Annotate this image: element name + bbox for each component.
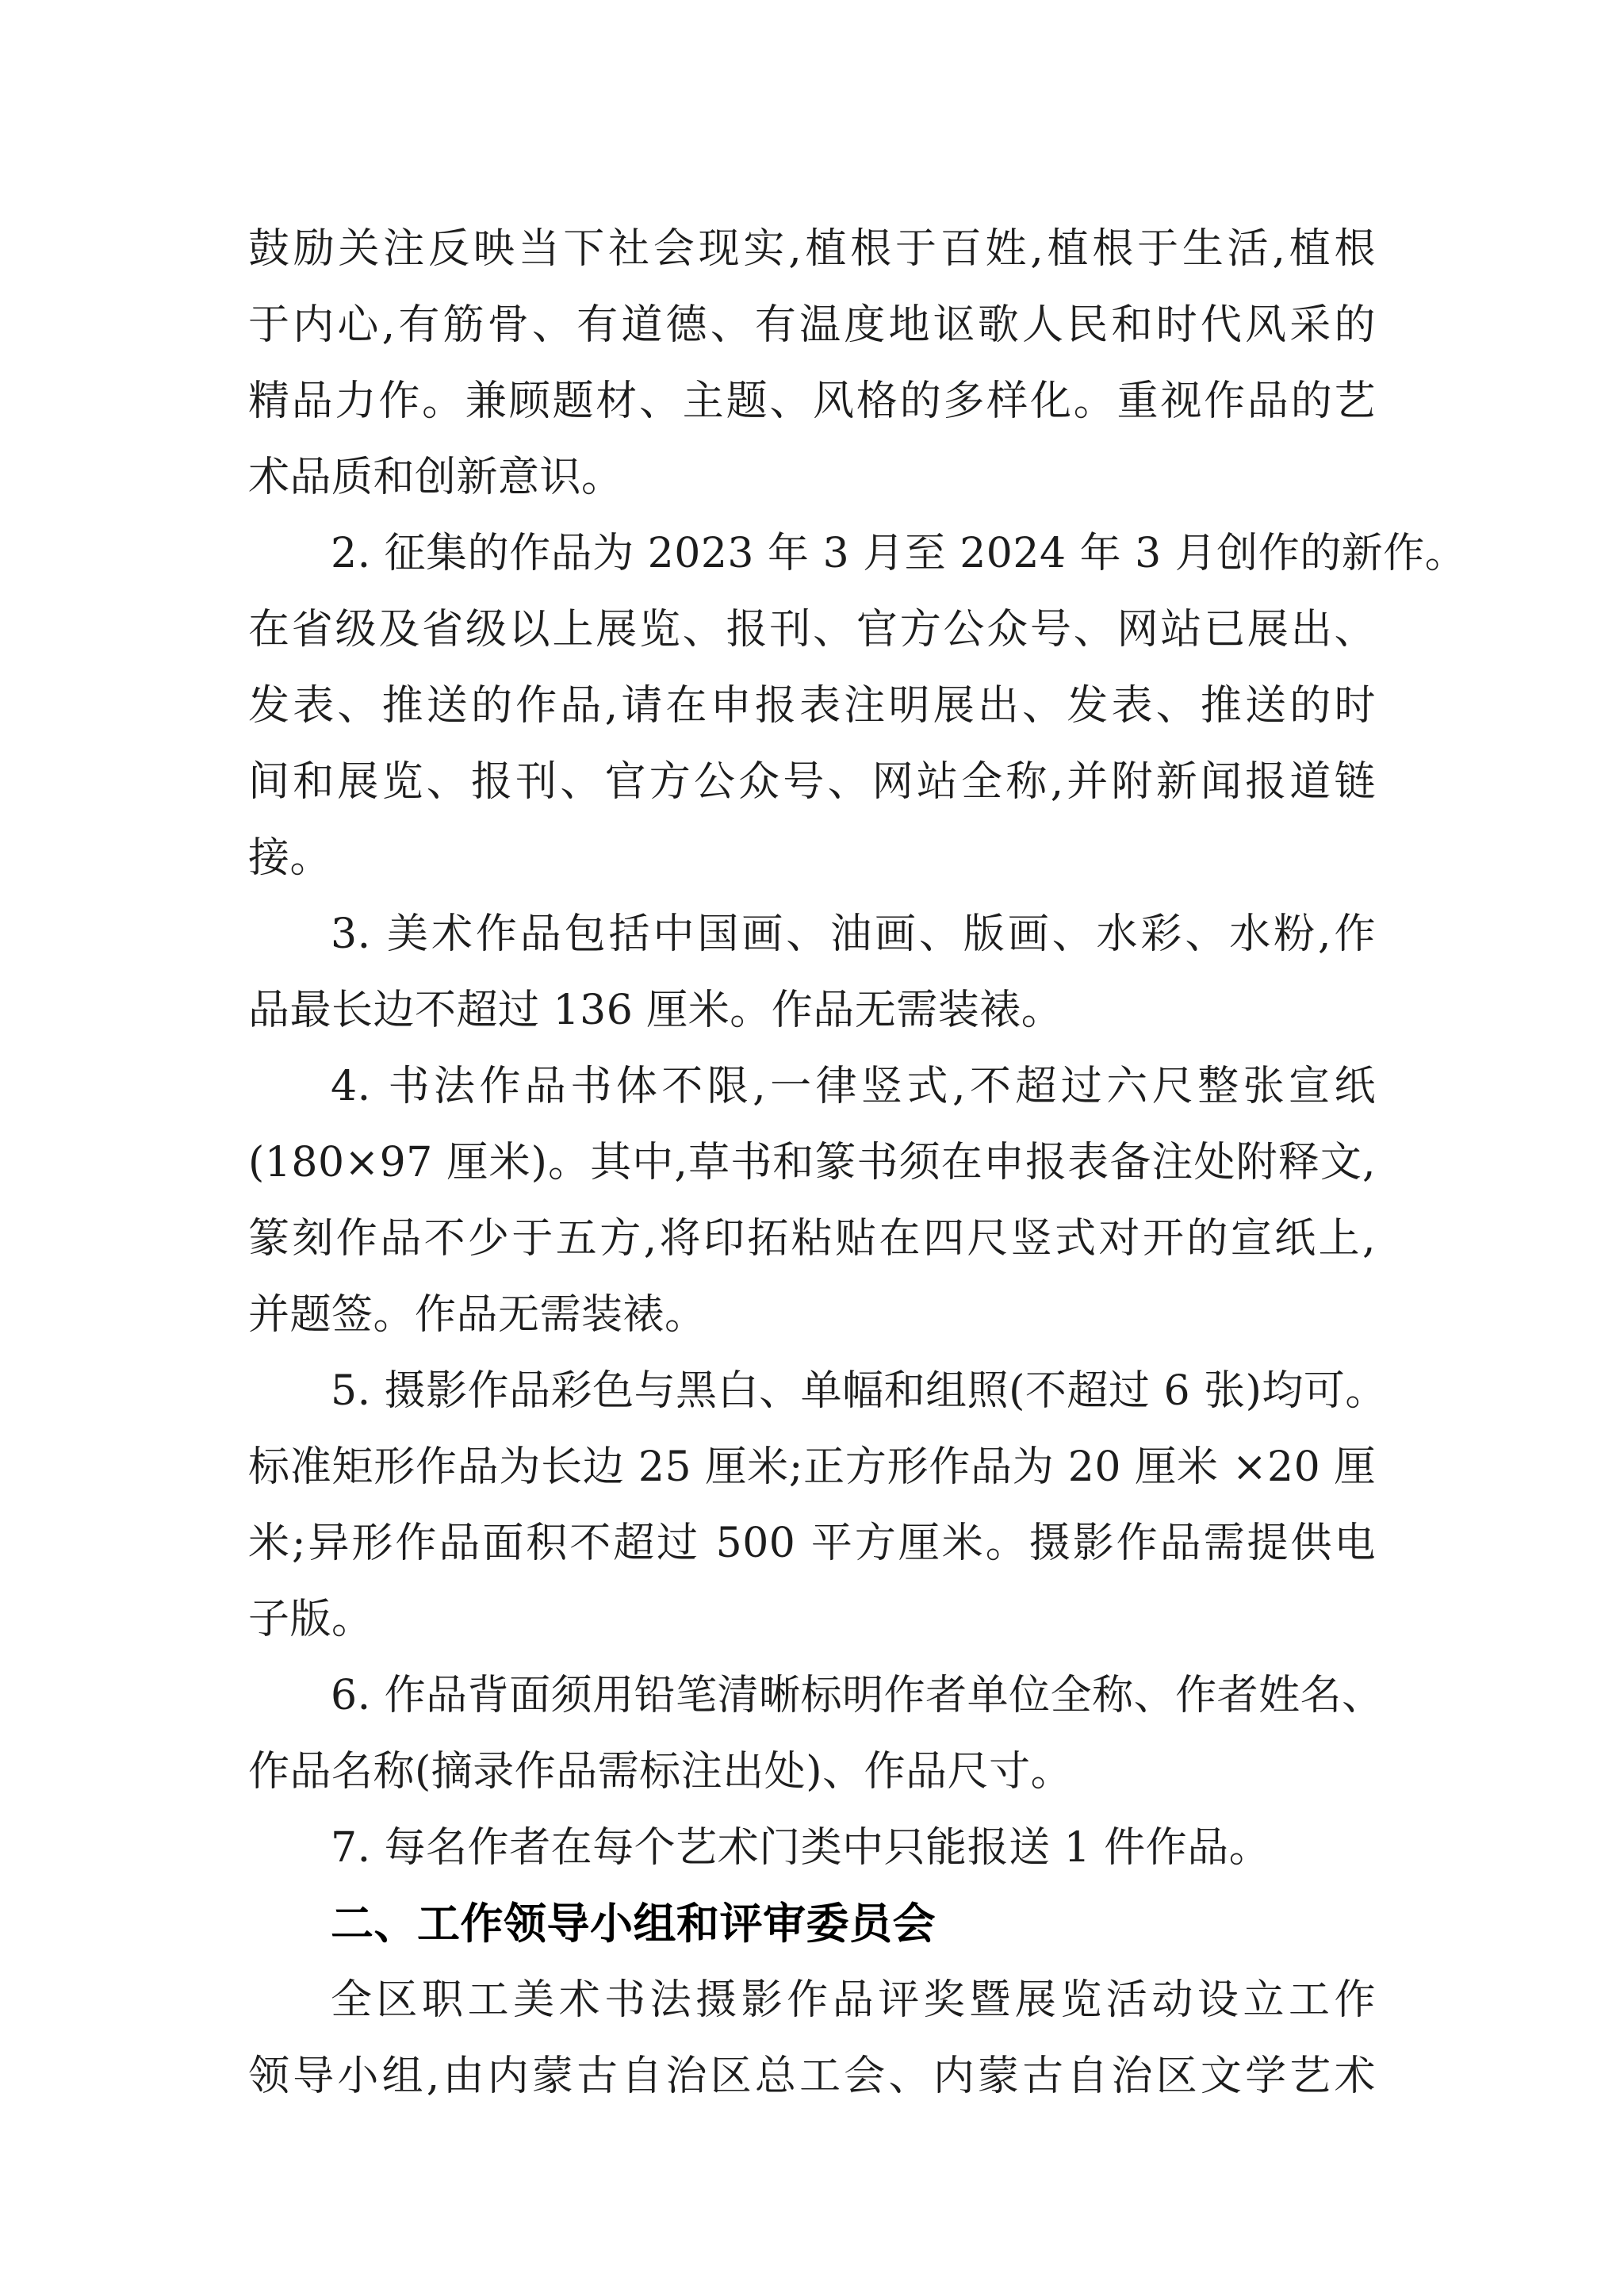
paragraph-line: 领导小组,由内蒙古自治区总工会、内蒙古自治区文学艺术 <box>248 2038 1376 2114</box>
paragraph-line: 在省级及省级以上展览、报刊、官方公众号、网站已展出、 <box>248 592 1376 668</box>
paragraph-line: 鼓励关注反映当下社会现实,植根于百姓,植根于生活,植根 <box>248 211 1376 287</box>
paragraph-line: 子版。 <box>248 1581 1376 1658</box>
document-body: 鼓励关注反映当下社会现实,植根于百姓,植根于生活,植根于内心,有筋骨、有道德、有… <box>248 211 1376 2114</box>
document-page: 鼓励关注反映当下社会现实,植根于百姓,植根于生活,植根于内心,有筋骨、有道德、有… <box>0 0 1624 2296</box>
paragraph-line: 并题签。作品无需装裱。 <box>248 1277 1376 1353</box>
paragraph-line: 篆刻作品不少于五方,将印拓粘贴在四尺竖式对开的宣纸上, <box>248 1201 1376 1277</box>
paragraph-line: 标准矩形作品为长边 25 厘米;正方形作品为 20 厘米 ×20 厘 <box>248 1429 1376 1505</box>
paragraph-line: 米;异形作品面积不超过 500 平方厘米。摄影作品需提供电 <box>248 1505 1376 1581</box>
paragraph-line: 作品名称(摘录作品需标注出处)、作品尺寸。 <box>248 1734 1376 1810</box>
section-heading: 二、工作领导小组和评审委员会 <box>248 1886 1376 1962</box>
paragraph-line: 2. 征集的作品为 2023 年 3 月至 2024 年 3 月创作的新作。 <box>248 516 1376 592</box>
paragraph-line: 接。 <box>248 820 1376 896</box>
paragraph-line: 4. 书法作品书体不限,一律竖式,不超过六尺整张宣纸 <box>248 1048 1376 1125</box>
paragraph-line: (180×97 厘米)。其中,草书和篆书须在申报表备注处附释文, <box>248 1125 1376 1201</box>
paragraph-line: 发表、推送的作品,请在申报表注明展出、发表、推送的时 <box>248 668 1376 744</box>
paragraph-line: 7. 每名作者在每个艺术门类中只能报送 1 件作品。 <box>248 1810 1376 1886</box>
paragraph-line: 术品质和创新意识。 <box>248 439 1376 516</box>
paragraph-line: 6. 作品背面须用铅笔清晰标明作者单位全称、作者姓名、 <box>248 1658 1376 1734</box>
paragraph-line: 3. 美术作品包括中国画、油画、版画、水彩、水粉,作 <box>248 896 1376 972</box>
paragraph-line: 5. 摄影作品彩色与黑白、单幅和组照(不超过 6 张)均可。 <box>248 1353 1376 1429</box>
paragraph-line: 品最长边不超过 136 厘米。作品无需装裱。 <box>248 972 1376 1048</box>
paragraph-line: 精品力作。兼顾题材、主题、风格的多样化。重视作品的艺 <box>248 363 1376 439</box>
paragraph-line: 于内心,有筋骨、有道德、有温度地讴歌人民和时代风采的 <box>248 287 1376 363</box>
paragraph-line: 间和展览、报刊、官方公众号、网站全称,并附新闻报道链 <box>248 744 1376 820</box>
paragraph-line: 全区职工美术书法摄影作品评奖暨展览活动设立工作 <box>248 1962 1376 2038</box>
